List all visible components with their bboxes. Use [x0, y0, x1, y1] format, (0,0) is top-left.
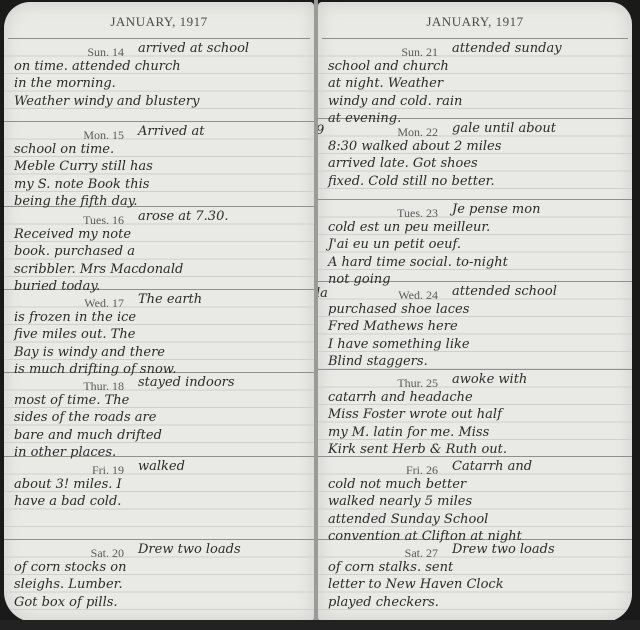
- entry-line: Drew two loads: [328, 541, 626, 559]
- handwritten-entry: attended schoolpurchased shoe lacesFred …: [328, 283, 626, 371]
- day-entry: Fri. 26Catarrh andcold not much betterwa…: [318, 457, 632, 540]
- entry-line: I have something like: [328, 336, 626, 354]
- day-entry: Sat. 20Drew two loadsof corn stocks onsl…: [4, 540, 314, 619]
- entry-line: five miles out. The: [14, 326, 308, 344]
- entry-line: Blind staggers.: [328, 353, 626, 371]
- handwritten-entry: The earthis frozen in the icefive miles …: [14, 291, 308, 379]
- entry-line: 8:30 walked about 2 miles: [328, 138, 626, 156]
- entry-line: fixed. Cold still no better.: [328, 173, 626, 191]
- entry-line: The earth: [14, 291, 308, 309]
- entry-line: sides of the roads are: [14, 409, 308, 427]
- entry-line: Bay is windy and there: [14, 344, 308, 362]
- right-page: JANUARY, 1917 Sun. 21attended sundayscho…: [318, 2, 632, 622]
- left-page: JANUARY, 1917 Sun. 14arrived at schoolon…: [4, 2, 314, 622]
- entry-line: J'ai eu un petit oeuf.: [328, 236, 626, 254]
- entry-line: Got box of pills.: [14, 594, 308, 612]
- handwritten-entry: attended sundayschool and churchat night…: [328, 40, 626, 128]
- entry-line: school and church: [328, 58, 626, 76]
- entry-line: scribbler. Mrs Macdonald: [14, 261, 308, 279]
- day-entry: Tues. 16arose at 7.30.Received my notebo…: [4, 207, 314, 290]
- entry-line: in the morning.: [14, 75, 308, 93]
- handwritten-entry: Drew two loadsof corn stalks. sentletter…: [328, 541, 626, 611]
- right-page-header: JANUARY, 1917: [318, 14, 632, 30]
- entry-line: my M. latin for me. Miss: [328, 424, 626, 442]
- entry-line: arrived late. Got shoes: [328, 155, 626, 173]
- handwritten-entry: Arrived atschool on time.Meble Curry sti…: [14, 123, 308, 211]
- day-entry: Thur. 25awoke withcatarrh and headacheMi…: [318, 370, 632, 457]
- book-edge-shadow: [0, 620, 640, 630]
- margin-note: la: [318, 286, 328, 301]
- day-entry: Thur. 18stayed indoorsmost of time. Thes…: [4, 373, 314, 457]
- entry-line: A hard time social. to-night: [328, 254, 626, 272]
- entry-line: Drew two loads: [14, 541, 308, 559]
- day-entry: Sun. 21attended sundayschool and churcha…: [318, 39, 632, 119]
- entry-line: at night. Weather: [328, 75, 626, 93]
- margin-note: 9: [318, 123, 324, 138]
- entry-line: is frozen in the ice: [14, 309, 308, 327]
- entry-line: awoke with: [328, 371, 626, 389]
- entry-line: attended school: [328, 283, 626, 301]
- handwritten-entry: gale until about8:30 walked about 2 mile…: [328, 120, 626, 190]
- entry-line: Weather windy and blustery: [14, 93, 308, 111]
- entry-line: cold est un peu meilleur.: [328, 219, 626, 237]
- entry-line: bare and much drifted: [14, 427, 308, 445]
- entry-line: most of time. The: [14, 392, 308, 410]
- day-entry: Fri. 19walkedabout 3! miles. Ihave a bad…: [4, 457, 314, 540]
- entry-line: attended sunday: [328, 40, 626, 58]
- entry-line: Miss Foster wrote out half: [328, 406, 626, 424]
- handwritten-entry: stayed indoorsmost of time. Thesides of …: [14, 374, 308, 462]
- entry-line: Received my note: [14, 226, 308, 244]
- entry-line: catarrh and headache: [328, 389, 626, 407]
- entry-line: of corn stocks on: [14, 559, 308, 577]
- handwritten-entry: Drew two loadsof corn stocks onsleighs. …: [14, 541, 308, 611]
- day-entry: Tues. 23Je pense moncold est un peu meil…: [318, 200, 632, 282]
- entry-line: arose at 7.30.: [14, 208, 308, 226]
- entry-line: Catarrh and: [328, 458, 626, 476]
- handwritten-entry: awoke withcatarrh and headacheMiss Foste…: [328, 371, 626, 459]
- left-page-header: JANUARY, 1917: [4, 14, 314, 30]
- entry-line: cold not much better: [328, 476, 626, 494]
- entry-line: windy and cold. rain: [328, 93, 626, 111]
- entry-line: school on time.: [14, 141, 308, 159]
- entry-line: walked nearly 5 miles: [328, 493, 626, 511]
- entry-line: about 3! miles. I: [14, 476, 308, 494]
- handwritten-entry: Je pense moncold est un peu meilleur.J'a…: [328, 201, 626, 289]
- handwritten-entry: Catarrh andcold not much betterwalked ne…: [328, 458, 626, 546]
- entry-line: played checkers.: [328, 594, 626, 612]
- entry-line: purchased shoe laces: [328, 301, 626, 319]
- day-entry: Wed. 17The earthis frozen in the icefive…: [4, 290, 314, 373]
- entry-line: walked: [14, 458, 308, 476]
- entry-line: stayed indoors: [14, 374, 308, 392]
- entry-line: attended Sunday School: [328, 511, 626, 529]
- entry-line: Kirk sent Herb & Ruth out.: [328, 441, 626, 459]
- entry-line: Fred Mathews here: [328, 318, 626, 336]
- entry-line: Arrived at: [14, 123, 308, 141]
- day-entry: Sat. 27Drew two loadsof corn stalks. sen…: [318, 540, 632, 619]
- entry-line: have a bad cold.: [14, 493, 308, 511]
- handwritten-entry: arose at 7.30.Received my notebook. purc…: [14, 208, 308, 296]
- diary-spread: JANUARY, 1917 Sun. 14arrived at schoolon…: [0, 0, 640, 630]
- entry-line: gale until about: [328, 120, 626, 138]
- handwritten-entry: arrived at schoolon time. attended churc…: [14, 40, 308, 110]
- entry-line: on time. attended church: [14, 58, 308, 76]
- entry-line: my S. note Book this: [14, 176, 308, 194]
- entry-line: book. purchased a: [14, 243, 308, 261]
- day-entry: Sun. 14arrived at schoolon time. attende…: [4, 39, 314, 122]
- entry-line: Meble Curry still has: [14, 158, 308, 176]
- entry-line: sleighs. Lumber.: [14, 576, 308, 594]
- entry-line: letter to New Haven Clock: [328, 576, 626, 594]
- entry-line: arrived at school: [14, 40, 308, 58]
- day-entry: Wed. 24attended schoolpurchased shoe lac…: [318, 282, 632, 370]
- day-entry: Mon. 22gale until about8:30 walked about…: [318, 119, 632, 200]
- entry-line: Je pense mon: [328, 201, 626, 219]
- day-entry: Mon. 15Arrived atschool on time.Meble Cu…: [4, 122, 314, 207]
- handwritten-entry: walkedabout 3! miles. Ihave a bad cold.: [14, 458, 308, 511]
- entry-line: of corn stalks. sent: [328, 559, 626, 577]
